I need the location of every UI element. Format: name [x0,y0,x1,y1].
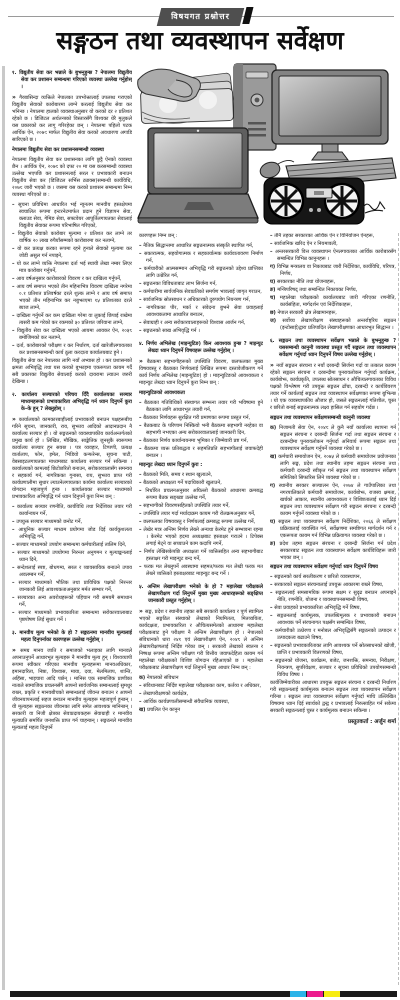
list-marker: क) [139,675,147,681]
print-swatch [324,991,340,997]
bullet-item: – अन्तरसरकारी वित्त व्यवस्थापन ऐनलगायतका… [270,249,396,263]
list-marker: – [12,580,19,586]
bullet-item: – सकारात्मक, सहयोगात्मक र सहकार्यात्मक क… [139,251,263,265]
bullet-item: – सूचना प्रविधिमा आधारित भई न्यूनतम मानव… [12,202,132,230]
bullet-item: – सहभागीको विवरणसहितको उपस्थिति तयार गर्… [139,503,263,510]
artist-signature [362,202,385,213]
bullet-item: – निर्णय लेखिसकेपछि अध्यक्षता गर्ने व्यक… [139,549,263,563]
list-marker: ६. [270,338,279,344]
list-marker: – [139,472,143,478]
list-marker: – [12,261,17,267]
list-marker: ग) [270,483,279,489]
bullet-item: – कर्मचारीमा सार्वजनिक सेवाप्रतिको समर्प… [139,289,263,296]
paragraph: कारणहरू निम्न छन् : [139,233,263,240]
list-marker: – [12,313,16,319]
list-marker: – [139,243,143,249]
bullet-item: – सन्देशलाई स्पष्ट, बोधगम्य, सरल र व्याव… [12,565,132,579]
right-text-column: – तीनै तहका सरकारका आर्थिक ऐन र विनियोजन… [270,233,396,985]
print-color-bar [10,991,397,997]
list-marker: – [12,565,17,571]
list-marker: – [12,328,17,334]
question-item: २. कार्यालय सञ्चारको परिचय दिँदै कार्याल… [12,392,132,413]
section-subheading: सङ्गठन तथा व्यवस्थापन सर्वेक्षण गर्नुपर्… [270,564,396,571]
bullet-item: – तीनै तहका सरकारका आर्थिक ऐन र विनियोजन… [270,233,396,240]
bullet-item: – यो कर प्रत्यक्ष करका रूपमा रहने हुनाले… [12,246,132,260]
answer-marker: » [12,94,19,101]
newspaper-page: विषयगत प्रश्नोत्तर सङ्गठन तथा व्यवस्थापन… [0,0,400,1000]
bullet-item: – विद्युतीय सेवा कर दाखिला भएको आयमा आयक… [12,328,132,342]
paragraph: कार्यजिम्मेवारीका आधारमा उपयुक्त सङ्गठन … [270,680,396,715]
list-marker: – [12,284,16,290]
paragraph: विद्युतीय सेवा कर नेपालका लागि नयाँ अभ्य… [12,358,132,386]
list-marker: – [12,246,17,252]
laptop-icon [138,128,258,223]
list-marker: – [139,281,143,287]
section-subheading: सङ्गठन तथा व्यवस्थापन सर्वेक्षणसम्बन्धी … [270,415,396,422]
list-marker: – [139,699,143,705]
list-marker: च) [270,295,280,301]
office-equipment-illustration [136,60,398,230]
list-marker: – [139,446,144,452]
question-item: १. विद्युतीय सेवा कर भन्नाले के बुझ्नुहु… [12,70,132,91]
answer-paragraph: » गैरबासिन्दा व्यक्तिले नेपालका उपभोक्ता… [12,94,132,144]
paragraph: नेपालमा विद्युतीय सेवा कर प्रशासनका लागि… [12,157,132,199]
bullet-item: – सङ्गठनको योजना, कार्यक्रम, बजेट, जनशक्… [270,658,396,679]
lettered-item: ख) प्रचलित ऐन कानुन [139,707,263,714]
bullet-item: – सञ्चार माध्यमको उपयोग सम्बन्धमा कर्मचा… [12,542,132,549]
list-marker: – [139,691,143,697]
list-marker: छ) [270,310,278,316]
list-marker: – [12,610,18,616]
bullet-item: – सङ्गठनलाई समसामयिक रूपमा सक्षम र सुदृढ… [270,590,396,604]
bullet-item: – कर्मचारीको आत्मसम्मान अभिवृद्धि गरी सङ… [139,266,263,280]
list-marker: – [270,658,275,664]
bullet-item: – दर्ता, कारोबारको परीक्षण र कर निर्धारण… [12,343,132,357]
section-subheading: नेपालमा विद्युतीय सेवा कर प्रशासनसम्बन्ध… [12,147,132,154]
answer-paragraph: » सङ्घ, प्रदेश र स्थानीय तहका सबै सरकारी… [139,608,263,672]
lettered-item: च) महालेखा परीक्षकको कार्यालयबाट जारी गर… [270,295,396,309]
bullet-item: – सञ्चारका अन्य अवरोधहरूको पहिचान गरी सम… [12,595,132,609]
monitor-icon [272,70,388,160]
bullet-item: – कार्यालय सञ्चार रणनीति, कार्यविधि तथा … [12,504,132,518]
bullet-item: – आय वर्षअनुसार कारोबारको विवरण र कर दाख… [12,276,132,283]
lettered-item: घ) सङ्गठन तथा व्यवस्थापन सर्वेक्षण निर्द… [270,519,396,540]
section-subheading: माइन्युट लेख्दा ध्यान दिनुपर्ने कुरा : [139,462,263,469]
list-marker: – [12,343,16,349]
list-marker: २. [12,392,22,398]
list-marker: – [139,564,144,570]
right-column-rule [398,233,399,985]
list-marker: – [12,231,18,237]
list-marker: – [139,683,143,689]
bullet-item: – सार्वजनिक खरिद ऐन र नियमावली, [270,241,396,248]
list-marker: ५. [139,584,147,590]
bullet-item: – बैठकबाट के परिणाम निस्कियो भनी बैठकमा … [139,423,263,437]
bullet-item: – सङ्गठनको साख अभिवृद्धि गर्न । [139,328,263,335]
bullet-item: – बैठकका गतिविधिको संस्थागत सम्झना तयार … [139,400,263,414]
answer-marker: » [139,358,147,365]
bullet-item: – नागरिकका पीर, मर्का र संवेदना बुझ्ने स… [139,305,263,319]
bullet-item: – दाखिला गर्नुपर्ने कर कम दाखिला गरेमा व… [12,313,132,327]
bullet-item: – फरक मत लेख्नुपर्ने अवस्थामा सहमत/फरक म… [139,564,263,578]
list-marker: – [270,233,274,239]
list-marker: – [139,503,143,509]
bullet-item: – छलफलका विषयवस्तु र निर्णयलाई क्रमबद्ध … [139,519,263,526]
answer-marker: » [139,608,145,615]
bullet-item: – सेवा प्रवाहको प्रभावकारिता अभिवृद्धि ग… [270,605,396,612]
list-marker: – [139,488,145,494]
bullet-item: – यो कर लाग्ने व्यक्ति नेपालमा दर्ता भई … [12,261,132,275]
list-marker: क) [270,425,279,431]
bullet-item: – उपयुक्त सञ्चार माध्यमको छनोट गर्ने, [12,519,132,526]
question-item: ५. अन्तिम लेखापरीक्षण भनेको के हो ? महाल… [139,584,263,605]
bullet-item: – आय वर्ष समाप्त भएको तीन महिनाभित्र विव… [12,284,132,312]
list-marker: – [139,328,143,334]
list-marker: – [139,519,143,525]
list-marker: – [139,266,144,272]
list-marker: – [270,613,277,619]
bullet-item: – कर्मचारीको उत्प्रेरणा र मनोबल अभिवृद्ध… [270,628,396,642]
lettered-item: ङ) प्रदेश तहमा सङ्गठन संरचना र दरबन्दी स… [270,541,396,562]
bullet-item: – लेखेर मात्र अन्तिम निर्णय लेख्ने अन्यथ… [139,527,263,548]
list-marker: ग) [270,264,277,270]
list-marker: – [139,527,143,533]
answer-paragraph: » कार्यालयको कामकारबाहीलाई प्रभावकारी बन… [12,416,132,501]
question-item: ४. निर्णय अभिलेख (माइन्युटिङ) किन आवश्यक… [139,341,263,355]
list-marker: – [139,305,146,311]
list-marker: – [139,511,143,517]
list-marker: – [12,595,17,601]
lettered-item: क) नेपालको संविधान [139,675,263,682]
middle-text-column: कारणहरू निम्न छन् :– नैतिक सिद्धान्तमा आ… [139,233,263,985]
lettered-item: ख) कर्मचारी समायोजन ऐन, २०७५ ले कर्मचारी… [270,454,396,482]
list-marker: ख) [270,454,278,460]
kicker-label: विषयगत प्रश्नोत्तर [171,11,230,22]
list-marker: – [139,400,144,406]
bullet-item: – संविधानबाट निर्दिष्ट महालेखा परीक्षकका… [139,683,263,690]
bullet-item: – निर्धारित प्रचलनअनुसार अघिल्लो बैठकको … [139,488,263,502]
lettered-item: घ) सरकारका नीति तथा योजनाहरू, [270,279,396,286]
left-page-edge-rule [2,66,5,990]
answer-paragraph: » नयाँ सङ्गठन संरचना र नयाँ दरबन्दी सिर्… [270,362,396,412]
answer-paragraph: » बैठकमा सहभागीहरूको उपस्थिति विवरण, छलफ… [139,358,263,387]
bullet-item: – बैठकका निर्णय कार्यान्वयनमा भूमिका र ज… [139,438,263,445]
bullet-item: – बैठकको मिति, समय र स्थान खुलाउने, [139,472,263,479]
bullet-item: – नैतिक सिद्धान्तमा आधारित सङ्गठनात्मक स… [139,243,263,250]
bullet-item: – बैठकका निर्णयहरू सुरक्षित गरी प्रमाणका… [139,415,263,422]
lettered-item: ज) सर्वोच्च लेखापरीक्षण संस्थाहरूको अन्त… [270,318,396,332]
list-marker: ४. [139,341,146,347]
question-item: ३. मानवीय मूल्य भनेको के हो ? सङ्गठनमा म… [12,630,132,644]
page-title: सङ्गठन तथा व्यवस्थापन सर्वेक्षण [0,23,400,57]
list-marker: – [270,582,274,588]
list-marker: ज) [270,318,282,324]
list-marker: – [12,276,16,282]
list-marker: – [139,289,143,295]
list-marker: – [270,643,274,649]
bullet-item: – बैठकमा व्यक्त प्रतिबद्धता र सहमतिप्रति… [139,446,263,460]
bullet-item: – उपस्थिति तयार गर्दा मर्यादाक्रम कायम ग… [139,511,263,518]
list-marker: ३. [12,630,19,636]
bullet-item: – सञ्चार माध्यमको भौतिक तथा प्राविधिक पक… [12,580,132,594]
answer-marker: » [12,416,19,423]
list-marker: – [12,504,17,510]
bullet-item: – सङ्गठनका विविधताबाट लाभ सिर्जना गर्न, [139,281,263,288]
list-marker: घ) [270,519,278,525]
bullet-item: – आधुनिक सञ्चार माध्यम प्रयोगमा जोड दिई … [12,527,132,541]
bullet-item: – सञ्चार माध्यमको उपयोगमा निरन्तर अनुगमन… [12,550,132,564]
list-marker: – [270,605,274,611]
lettered-item: ग) विभिन्न मन्त्रालय वा निकायबाट जारी नि… [270,264,396,278]
list-marker: – [270,241,274,247]
list-marker: ङ) [270,287,277,293]
list-marker: – [270,574,274,580]
list-marker: – [139,438,143,444]
answer-marker: » [12,647,20,654]
list-marker: – [139,415,143,421]
lettered-item: क) निजामती सेवा ऐन, २०४९ ले कुनै नयाँ का… [270,425,396,453]
list-marker: – [139,480,143,486]
print-swatch [307,991,323,997]
list-marker: १. [12,70,19,76]
bullet-item: – लेखापरीक्षणको कार्यक्षेत्र, [139,691,263,698]
list-marker: – [139,320,143,326]
list-marker: – [12,550,17,556]
list-marker: – [139,297,143,303]
bullet-item: – विद्युतीय सेवाको कारोबार मूल्यमा २ प्र… [12,231,132,245]
bullet-item: – सेवाग्राही र अन्य सरोकारवालाहरूको विश्… [139,320,263,327]
bullet-item: – सङ्गठनको कार्य सरलीकरण र छरितो व्यवस्थ… [270,574,396,581]
list-marker: – [139,549,144,555]
lettered-item: ङ) मन्त्रिपरिषद् तथा सम्बन्धित निकायका न… [270,287,396,294]
list-marker: – [12,542,16,548]
print-swatch [290,991,306,997]
list-marker: – [12,202,18,208]
bullet-item: – बैठकको अध्यक्षता गर्ने पदाधिकारी खुलाउ… [139,480,263,487]
list-marker: ङ) [270,541,279,547]
bullet-item: – सञ्चार माध्यमको प्रभावकारिता सम्बन्धमा… [12,610,132,624]
list-marker: – [139,423,144,429]
list-marker: – [12,519,16,525]
bullet-item: – सङ्गठनलाई कार्यमूलक, उपलब्धिमूलक र प्र… [270,613,396,627]
section-subheading: माइन्युटिङको आवश्यकता [139,390,263,397]
money-in-hand-icon [138,69,234,123]
list-marker: ख) [139,707,147,713]
list-marker: – [270,249,275,255]
list-marker: – [270,628,275,634]
left-text-column: १. विद्युतीय सेवा कर भन्नाले के बुझ्नुहु… [12,64,132,986]
byline: प्रस्तुतकर्ता : अर्जुन शर्मा [270,719,396,726]
list-marker: – [12,527,18,533]
answer-paragraph: » समग्र मानव जाति र समाजको भलाइका लागि म… [12,647,132,732]
bullet-item: – सरकारको सङ्गठन संरचनालाई उपयुक्त आकारम… [270,582,396,589]
cassette-player-icon [264,178,364,224]
list-marker: – [270,590,275,596]
list-marker: – [139,251,144,257]
lettered-item: ग) स्थानीय सरकार सञ्चालन ऐन, २०७४ ले गाउ… [270,483,396,518]
lettered-item: छ) नेपाल सरकारी क्षेत्र लेखामानहरू, [270,310,396,317]
list-marker: घ) [270,279,277,285]
answer-marker: » [270,362,276,369]
question-item: ६. सङ्गठन तथा व्यवस्थापन सर्वेक्षण भन्ना… [270,338,396,359]
bullet-item: – सार्वजनिक स्रोतसाधन र अधिकारको दुरुपयो… [139,297,263,304]
bullet-item: – सङ्गठनको प्रभावकारिताका लागि आवश्यक पर… [270,643,396,657]
bullet-item: – आर्थिक कार्यप्रणालीसम्बन्धी संवैधानिक … [139,699,263,706]
